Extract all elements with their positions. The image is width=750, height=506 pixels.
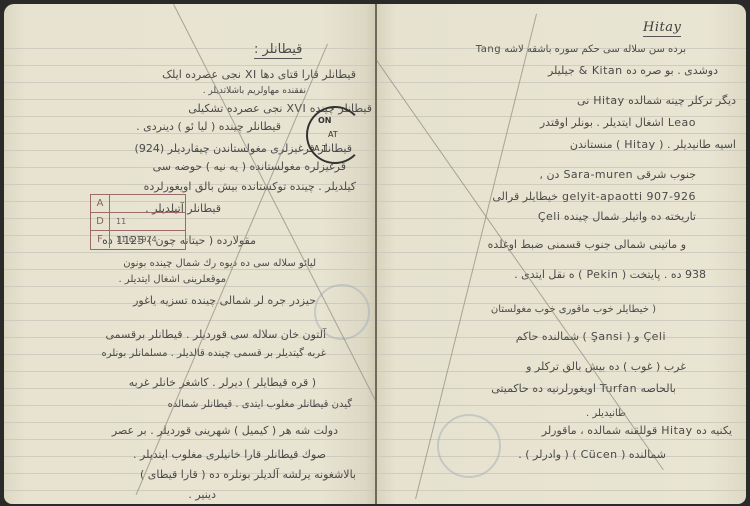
text-line: صوك قیطانلر قارا خانیلری مغلوب ایتدیلر .	[133, 448, 326, 461]
text-line: دولت شه هر ( کیمیل ) شهرینی قوردیلر . بر…	[112, 424, 338, 437]
text-line: ( قره قیطایلر ) دیرلر . کاشغر خانلر غربه	[129, 376, 316, 389]
text-line: موقعلرینی اشغال ایتدیلر .	[118, 274, 226, 285]
text-line: Çeli و ( Şansi ) شمالنده حاکم	[516, 330, 666, 343]
left-notebook-page: قیطانلر : قیطانلر قارا قتای دها XI نجی ع…	[4, 4, 376, 504]
text-line: حیزدر جره لر شمالی چینده تسزیه یاغور	[133, 294, 316, 307]
round-postal-stamp: ON AT A T	[306, 106, 364, 164]
archive-box-stamp: A D11 F11.6.1924	[90, 194, 186, 250]
text-line: اسیه طانیدیلر . ( Hitay ) منستاندن	[570, 138, 736, 151]
text-line: شمالنده ( Cücen ) ( وادرلر ) .	[518, 448, 666, 461]
text-line: Leao اشغال ایتدیلر . بونلر اوقتدر	[540, 116, 696, 129]
text-line: قیطانلر چینده ( لیا ئو ) دینردی .	[136, 120, 281, 133]
text-line: دوشدی . بو صره ده Kitan & جیلیلر	[548, 64, 718, 77]
text-line: غرب ( غوب ) ده بیش بالق ترکلر و	[526, 360, 686, 373]
text-line: 907-926 gelyit-apaotti خیطایلر قرالی	[492, 190, 696, 203]
text-line: کیلدیلر . چینده توکستانده بیش بالق اویغو…	[144, 180, 356, 193]
text-line: قرغیزلره مغولستانده ( یه نیه ) حوضه سی	[153, 160, 346, 173]
text-line: بالاشغونه یرلشه آلدیلر بونلره ده ( قارا …	[140, 468, 356, 481]
text-line: دینیر .	[188, 488, 216, 501]
text-line: لیائو سلاله سی ده دیوه رك شمال چینده بون…	[123, 258, 316, 269]
text-line: و ماتینی شمالی جنوب قسمنی ضبط اوغلده	[488, 238, 686, 251]
text-line: ( خیطایلر خوب ماقوری خوب مغولستان	[491, 304, 656, 315]
text-line: 938 ده . پایتخت ( Pekin ) ه نقل ایتدی .	[514, 268, 706, 281]
text-line: دیگر ترکلر چینه شمالده Hitay نی	[577, 94, 736, 107]
text-line: گیدن قیطانلر مغلوب ایتدی . قیطانلر شمالد…	[168, 399, 352, 410]
text-line: قیطانلر قارا قتای دها XI نجی عصرده ایلک	[162, 68, 356, 81]
text-line: برده سن سلاله سی حکم سوره باشقه لاشه Tan…	[476, 44, 686, 55]
faint-stamp	[437, 414, 501, 478]
text-line: تاریخته ده واتیلر شمال چینده Çeli	[538, 210, 696, 223]
right-notebook-page: Hitay برده سن سلاله سی حکم سوره باشقه لا…	[377, 4, 746, 504]
left-page-title: قیطانلر :	[254, 42, 302, 59]
faint-stamp	[314, 284, 370, 340]
text-line: جنوب شرقی Sara-muren دن ,	[539, 168, 696, 181]
text-line: غربه گیتدیلر بر قسمی چینده قالدیلر . مسل…	[101, 348, 326, 359]
text-line: آلتون خان سلاله سی قوردیلر . قیطانلر برق…	[106, 328, 326, 341]
text-line: بالحاصه Turfan اویغورلرنیه ده حاکمیتی	[491, 382, 676, 395]
right-page-title: Hitay	[643, 20, 681, 37]
